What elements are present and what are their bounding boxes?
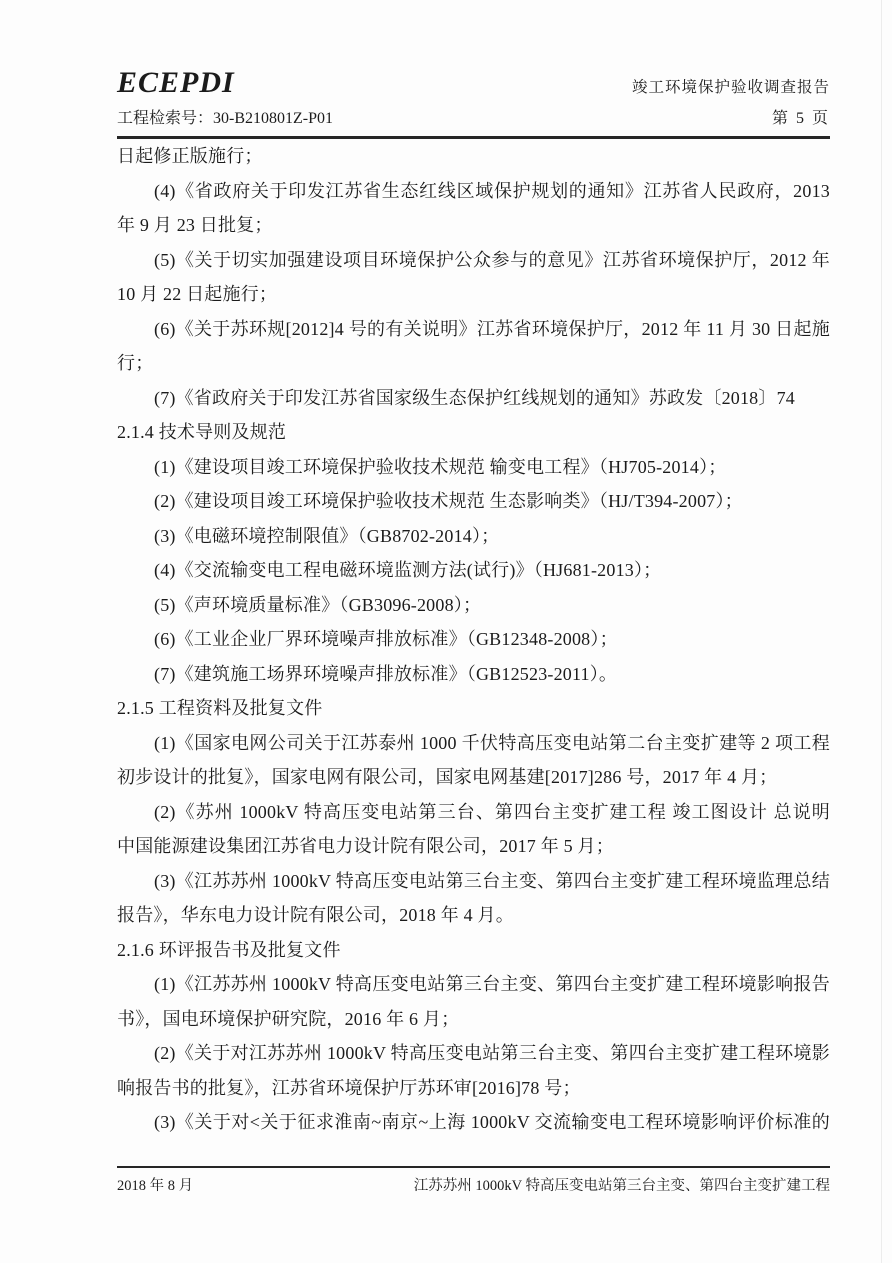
page-footer: 2018 年 8 月 江苏苏州 1000kV 特高压变电站第三台主变、第四台主变… <box>117 1166 830 1194</box>
body-line: (3)《江苏苏州 1000kV 特高压变电站第三台主变、第四台主变扩建工程环境监… <box>117 864 830 899</box>
body-line: 书》，国电环境保护研究院，2016 年 6 月； <box>117 1002 830 1037</box>
body-line: 中国能源建设集团江苏省电力设计院有限公司，2017 年 5 月； <box>117 829 830 864</box>
body-line: (4)《交流输变电工程电磁环境监测方法(试行)》（HJ681-2013）； <box>117 553 830 588</box>
page-header: ECEPDI 竣工环境保护验收调查报告 工程检索号：30-B210801Z-P0… <box>117 68 830 139</box>
body-line: (3)《关于对<关于征求淮南~南京~上海 1000kV 交流输变电工程环境影响评… <box>117 1105 830 1140</box>
body-line: (6)《关于苏环规[2012]4 号的有关说明》江苏省环境保护厅，2012 年 … <box>117 312 830 347</box>
body-line: (5)《关于切实加强建设项目环境保护公众参与的意见》江苏省环境保护厅，2012 … <box>117 243 830 278</box>
body-line: 年 9 月 23 日批复； <box>117 208 830 243</box>
report-type-label: 竣工环境保护验收调查报告 <box>632 80 830 99</box>
body-line: (2)《建设项目竣工环境保护验收技术规范 生态影响类》（HJ/T394-2007… <box>117 484 830 519</box>
body-line: 初步设计的批复》，国家电网有限公司，国家电网基建[2017]286 号，2017… <box>117 760 830 795</box>
body-line: (6)《工业企业厂界环境噪声排放标准》（GB12348-2008）； <box>117 622 830 657</box>
footer-row: 2018 年 8 月 江苏苏州 1000kV 特高压变电站第三台主变、第四台主变… <box>117 1179 830 1194</box>
body-line: (2)《关于对江苏苏州 1000kV 特高压变电站第三台主变、第四台主变扩建工程… <box>117 1036 830 1071</box>
footer-divider <box>117 1166 830 1168</box>
body-line: (1)《江苏苏州 1000kV 特高压变电站第三台主变、第四台主变扩建工程环境影… <box>117 967 830 1002</box>
body-line: (1)《建设项目竣工环境保护验收技术规范 输变电工程》（HJ705-2014）； <box>117 450 830 485</box>
footer-project-title: 江苏苏州 1000kV 特高压变电站第三台主变、第四台主变扩建工程 <box>414 1179 830 1194</box>
body-line: 2.1.6 环评报告书及批复文件 <box>117 933 830 968</box>
footer-date: 2018 年 8 月 <box>117 1179 193 1194</box>
page-number: 第 5 页 <box>772 111 830 127</box>
project-index-number: 工程检索号：30-B210801Z-P01 <box>117 111 333 127</box>
body-line: 2.1.4 技术导则及规范 <box>117 415 830 450</box>
header-meta-row: 工程检索号：30-B210801Z-P01 第 5 页 <box>117 111 830 127</box>
body-line: 报告》，华东电力设计院有限公司，2018 年 4 月。 <box>117 898 830 933</box>
document-page: ECEPDI 竣工环境保护验收调查报告 工程检索号：30-B210801Z-P0… <box>0 0 892 1263</box>
body-line: (2)《苏州 1000kV 特高压变电站第三台、第四台主变扩建工程 竣工图设计 … <box>117 795 830 830</box>
body-line: (4)《省政府关于印发江苏省生态红线区域保护规划的通知》江苏省人民政府，2013 <box>117 174 830 209</box>
body-line: 日起修正版施行； <box>117 139 830 174</box>
document-body: 日起修正版施行；(4)《省政府关于印发江苏省生态红线区域保护规划的通知》江苏省人… <box>117 139 830 1140</box>
header-top-row: ECEPDI 竣工环境保护验收调查报告 <box>117 68 830 98</box>
body-line: (3)《电磁环境控制限值》（GB8702-2014）； <box>117 519 830 554</box>
body-line: 10 月 22 日起施行； <box>117 277 830 312</box>
body-line: (5)《声环境质量标准》（GB3096-2008）； <box>117 588 830 623</box>
body-line: 2.1.5 工程资料及批复文件 <box>117 691 830 726</box>
company-logo: ECEPDI <box>117 68 235 98</box>
body-line: (7)《建筑施工场界环境噪声排放标准》（GB12523-2011）。 <box>117 657 830 692</box>
body-line: (7)《省政府关于印发江苏省国家级生态保护红线规划的通知》苏政发〔2018〕74… <box>117 381 830 416</box>
body-line: 响报告书的批复》，江苏省环境保护厅苏环审[2016]78 号； <box>117 1071 830 1106</box>
body-line: 行； <box>117 346 830 381</box>
body-line: (1)《国家电网公司关于江苏泰州 1000 千伏特高压变电站第二台主变扩建等 2… <box>117 726 830 761</box>
